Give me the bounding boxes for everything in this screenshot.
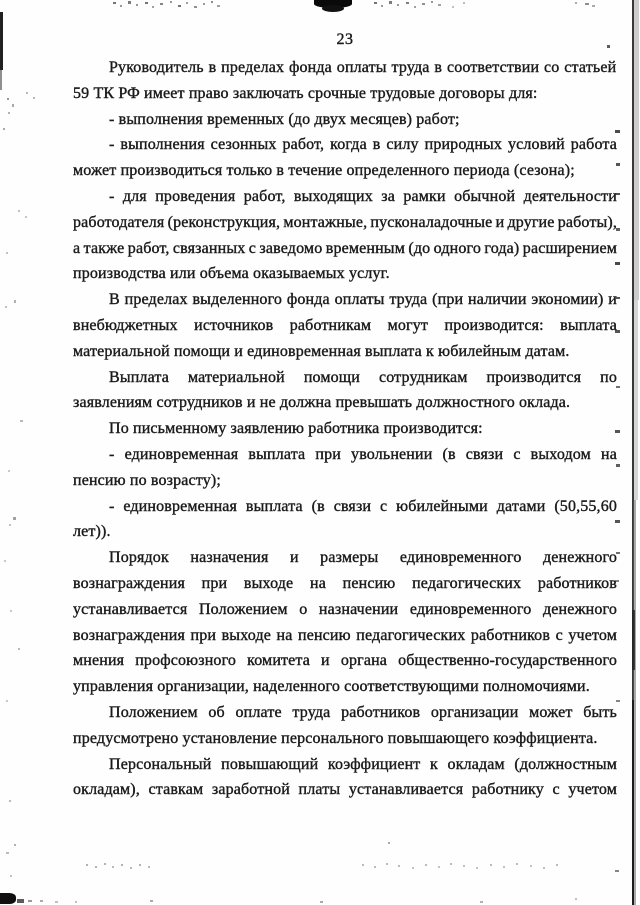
speck xyxy=(6,252,8,254)
margin-tick xyxy=(615,520,620,523)
speck xyxy=(10,610,12,612)
speck xyxy=(148,866,150,868)
speck xyxy=(7,98,9,100)
speck xyxy=(186,2,188,4)
speck xyxy=(112,866,114,868)
speck xyxy=(388,842,390,844)
speck xyxy=(320,901,323,903)
speck xyxy=(592,5,595,7)
speck xyxy=(14,300,16,303)
speck xyxy=(150,900,153,902)
speck xyxy=(95,866,97,868)
margin-tick xyxy=(616,297,620,299)
corner-mark xyxy=(17,899,24,903)
scan-artifacts-layer xyxy=(0,0,640,905)
speck xyxy=(575,898,577,900)
speck xyxy=(381,5,383,7)
right-scan-dark xyxy=(632,700,634,905)
speck xyxy=(406,2,409,4)
speck xyxy=(398,865,400,867)
speck xyxy=(203,3,205,5)
speck xyxy=(386,863,388,865)
speck xyxy=(194,6,197,8)
margin-tick xyxy=(615,870,619,872)
speck xyxy=(130,867,132,869)
speck xyxy=(178,5,181,7)
speck xyxy=(585,3,589,5)
right-scan-shade xyxy=(633,500,636,905)
speck xyxy=(128,1,131,4)
speck xyxy=(452,6,454,8)
speck xyxy=(14,844,16,846)
speck xyxy=(575,2,577,4)
speck xyxy=(120,5,122,7)
speck xyxy=(438,4,441,6)
margin-tick xyxy=(615,130,620,133)
speck xyxy=(211,1,213,3)
speck xyxy=(18,210,20,212)
margin-tick xyxy=(615,193,620,195)
speck xyxy=(75,901,77,903)
speck xyxy=(438,866,440,868)
right-scan-shade xyxy=(634,0,639,300)
speck xyxy=(397,4,399,6)
speck xyxy=(217,5,220,7)
speck xyxy=(4,560,6,562)
margin-tick xyxy=(615,580,619,582)
speck xyxy=(20,420,23,422)
document-scan-page: 23 Руководитель в пределах фонда оплаты … xyxy=(0,0,640,905)
speck xyxy=(607,45,610,48)
edge-smudge xyxy=(0,70,2,90)
speck xyxy=(556,864,558,866)
speck xyxy=(543,867,545,869)
speck xyxy=(3,128,5,130)
speck xyxy=(13,517,16,520)
speck xyxy=(412,867,414,869)
speck xyxy=(450,863,452,865)
speck xyxy=(463,2,465,4)
speck xyxy=(374,866,376,868)
speck xyxy=(6,700,8,702)
speck xyxy=(113,2,116,4)
speck xyxy=(121,864,123,866)
speck xyxy=(476,867,478,869)
speck xyxy=(530,865,532,867)
margin-tick xyxy=(615,330,620,333)
speck xyxy=(33,97,35,99)
speck xyxy=(425,864,427,866)
top-blob xyxy=(314,0,352,8)
speck xyxy=(414,6,416,8)
margin-tick xyxy=(616,163,620,166)
speck xyxy=(25,216,27,218)
speck xyxy=(10,875,12,877)
right-scan-shade xyxy=(634,300,638,500)
speck xyxy=(139,864,141,866)
margin-tick xyxy=(616,386,620,388)
speck xyxy=(145,2,148,4)
speck xyxy=(104,863,106,865)
speck xyxy=(9,800,11,802)
speck xyxy=(431,1,433,3)
speck xyxy=(26,92,28,94)
speck xyxy=(8,470,10,472)
speck xyxy=(9,524,11,526)
speck xyxy=(152,6,154,8)
speck xyxy=(55,901,58,903)
top-blob xyxy=(322,5,344,12)
speck xyxy=(463,865,465,867)
speck xyxy=(170,1,172,3)
speck xyxy=(28,900,32,902)
speck xyxy=(374,2,377,4)
corner-mark xyxy=(0,893,16,904)
speck xyxy=(18,648,20,650)
speck xyxy=(490,864,492,866)
speck xyxy=(516,863,518,865)
speck xyxy=(362,864,364,866)
speck xyxy=(503,866,505,868)
speck xyxy=(8,112,10,114)
speck xyxy=(40,900,43,902)
speck xyxy=(422,3,425,5)
speck xyxy=(6,852,9,854)
right-scan-dark xyxy=(632,610,635,670)
margin-tick xyxy=(615,262,620,265)
margin-tick xyxy=(616,700,620,702)
speck xyxy=(389,1,392,4)
speck xyxy=(12,104,14,107)
speck xyxy=(136,4,138,6)
margin-tick xyxy=(615,430,620,433)
margin-tick xyxy=(616,552,620,554)
right-scan-line xyxy=(632,0,634,905)
speck xyxy=(86,864,88,866)
margin-tick xyxy=(616,464,620,467)
edge-smudge xyxy=(0,12,3,70)
margin-tick xyxy=(616,228,620,231)
speck xyxy=(480,901,483,903)
speck xyxy=(5,306,7,308)
speck xyxy=(160,3,163,5)
